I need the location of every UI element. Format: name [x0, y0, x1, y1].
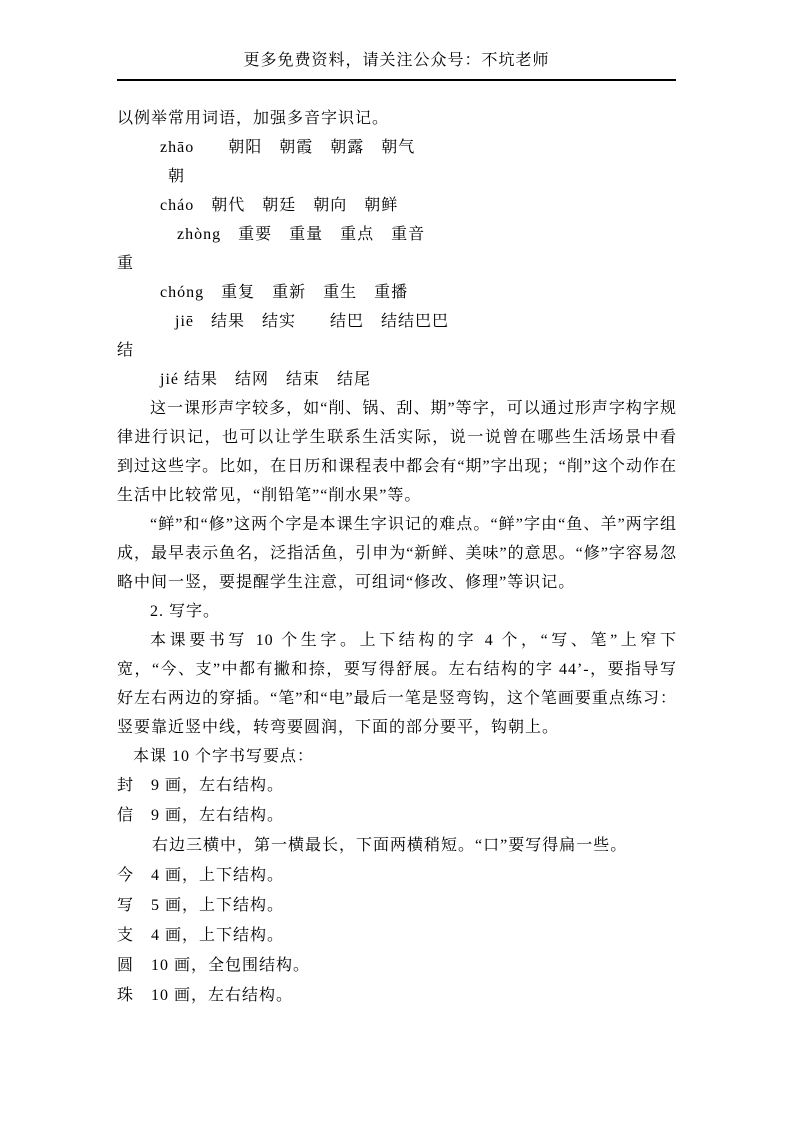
paragraph-writing-guide: 本课要书写 10 个生字。上下结构的字 4 个，“写、笔”上窄下宽，“今、支”中… [117, 626, 677, 742]
intro-line: 以例举常用词语，加强多音字识记。 [117, 104, 677, 133]
document-page: 更多免费资料，请关注公众号：不坑老师 以例举常用词语，加强多音字识记。 zhāo… [0, 0, 793, 1122]
section-heading-writing: 2. 写字。 [117, 597, 677, 626]
polyphone-line-jie1: jiē 结果 结实 结巴 结结巴巴 [117, 307, 677, 336]
stroke-item-xin: 信 9 画，左右结构。 [117, 801, 677, 831]
stroke-item-xin-note: 右边三横中，第一横最长，下面两横稍短。“口”要写得扁一些。 [117, 831, 677, 861]
stroke-points-heading: 本课 10 个字书写要点： [117, 742, 677, 771]
polyphone-line-jie2: jié 结果 结网 结束 结尾 [117, 365, 677, 394]
polyphone-line-zhong: zhòng 重要 重量 重点 重音 [117, 220, 677, 249]
stroke-item-zhi: 支 4 画，上下结构。 [117, 921, 677, 951]
polyphone-line-zhao: zhāo 朝阳 朝霞 朝露 朝气 [117, 133, 677, 162]
polyphone-word-block: zhāo 朝阳 朝霞 朝露 朝气 朝 cháo 朝代 朝廷 朝向 朝鲜 zhòn… [117, 133, 677, 394]
paragraph-xian-xiu: “鲜”和“修”这两个字是本课生字识记的难点。“鲜”字由“鱼、羊”两字组成，最早表… [117, 510, 677, 597]
stroke-item-feng: 封 9 画，左右结构。 [117, 771, 677, 801]
stroke-points-list: 封 9 画，左右结构。 信 9 画，左右结构。 右边三横中，第一横最长，下面两横… [117, 771, 677, 1011]
header-notice: 更多免费资料，请关注公众号：不坑老师 [243, 52, 549, 69]
polyphone-line-chong: chóng 重复 重新 重生 重播 [117, 278, 677, 307]
stroke-item-jin: 今 4 画，上下结构。 [117, 861, 677, 891]
polyphone-char-jie: 结 [117, 336, 677, 365]
document-body: 以例举常用词语，加强多音字识记。 zhāo 朝阳 朝霞 朝露 朝气 朝 cháo… [117, 104, 677, 1011]
stroke-item-yuan: 圆 10 画，全包围结构。 [117, 951, 677, 981]
polyphone-char-zhong: 重 [117, 249, 677, 278]
stroke-item-zhu: 珠 10 画，左右结构。 [117, 981, 677, 1011]
polyphone-char-chao: 朝 [117, 162, 677, 191]
stroke-item-xie: 写 5 画，上下结构。 [117, 891, 677, 921]
polyphone-line-chao2: cháo 朝代 朝廷 朝向 朝鲜 [117, 191, 677, 220]
page-header: 更多免费资料，请关注公众号：不坑老师 [117, 0, 676, 81]
paragraph-phono-chars: 这一课形声字较多，如“削、锅、刮、期”等字，可以通过形声字构字规律进行识记，也可… [117, 394, 677, 510]
